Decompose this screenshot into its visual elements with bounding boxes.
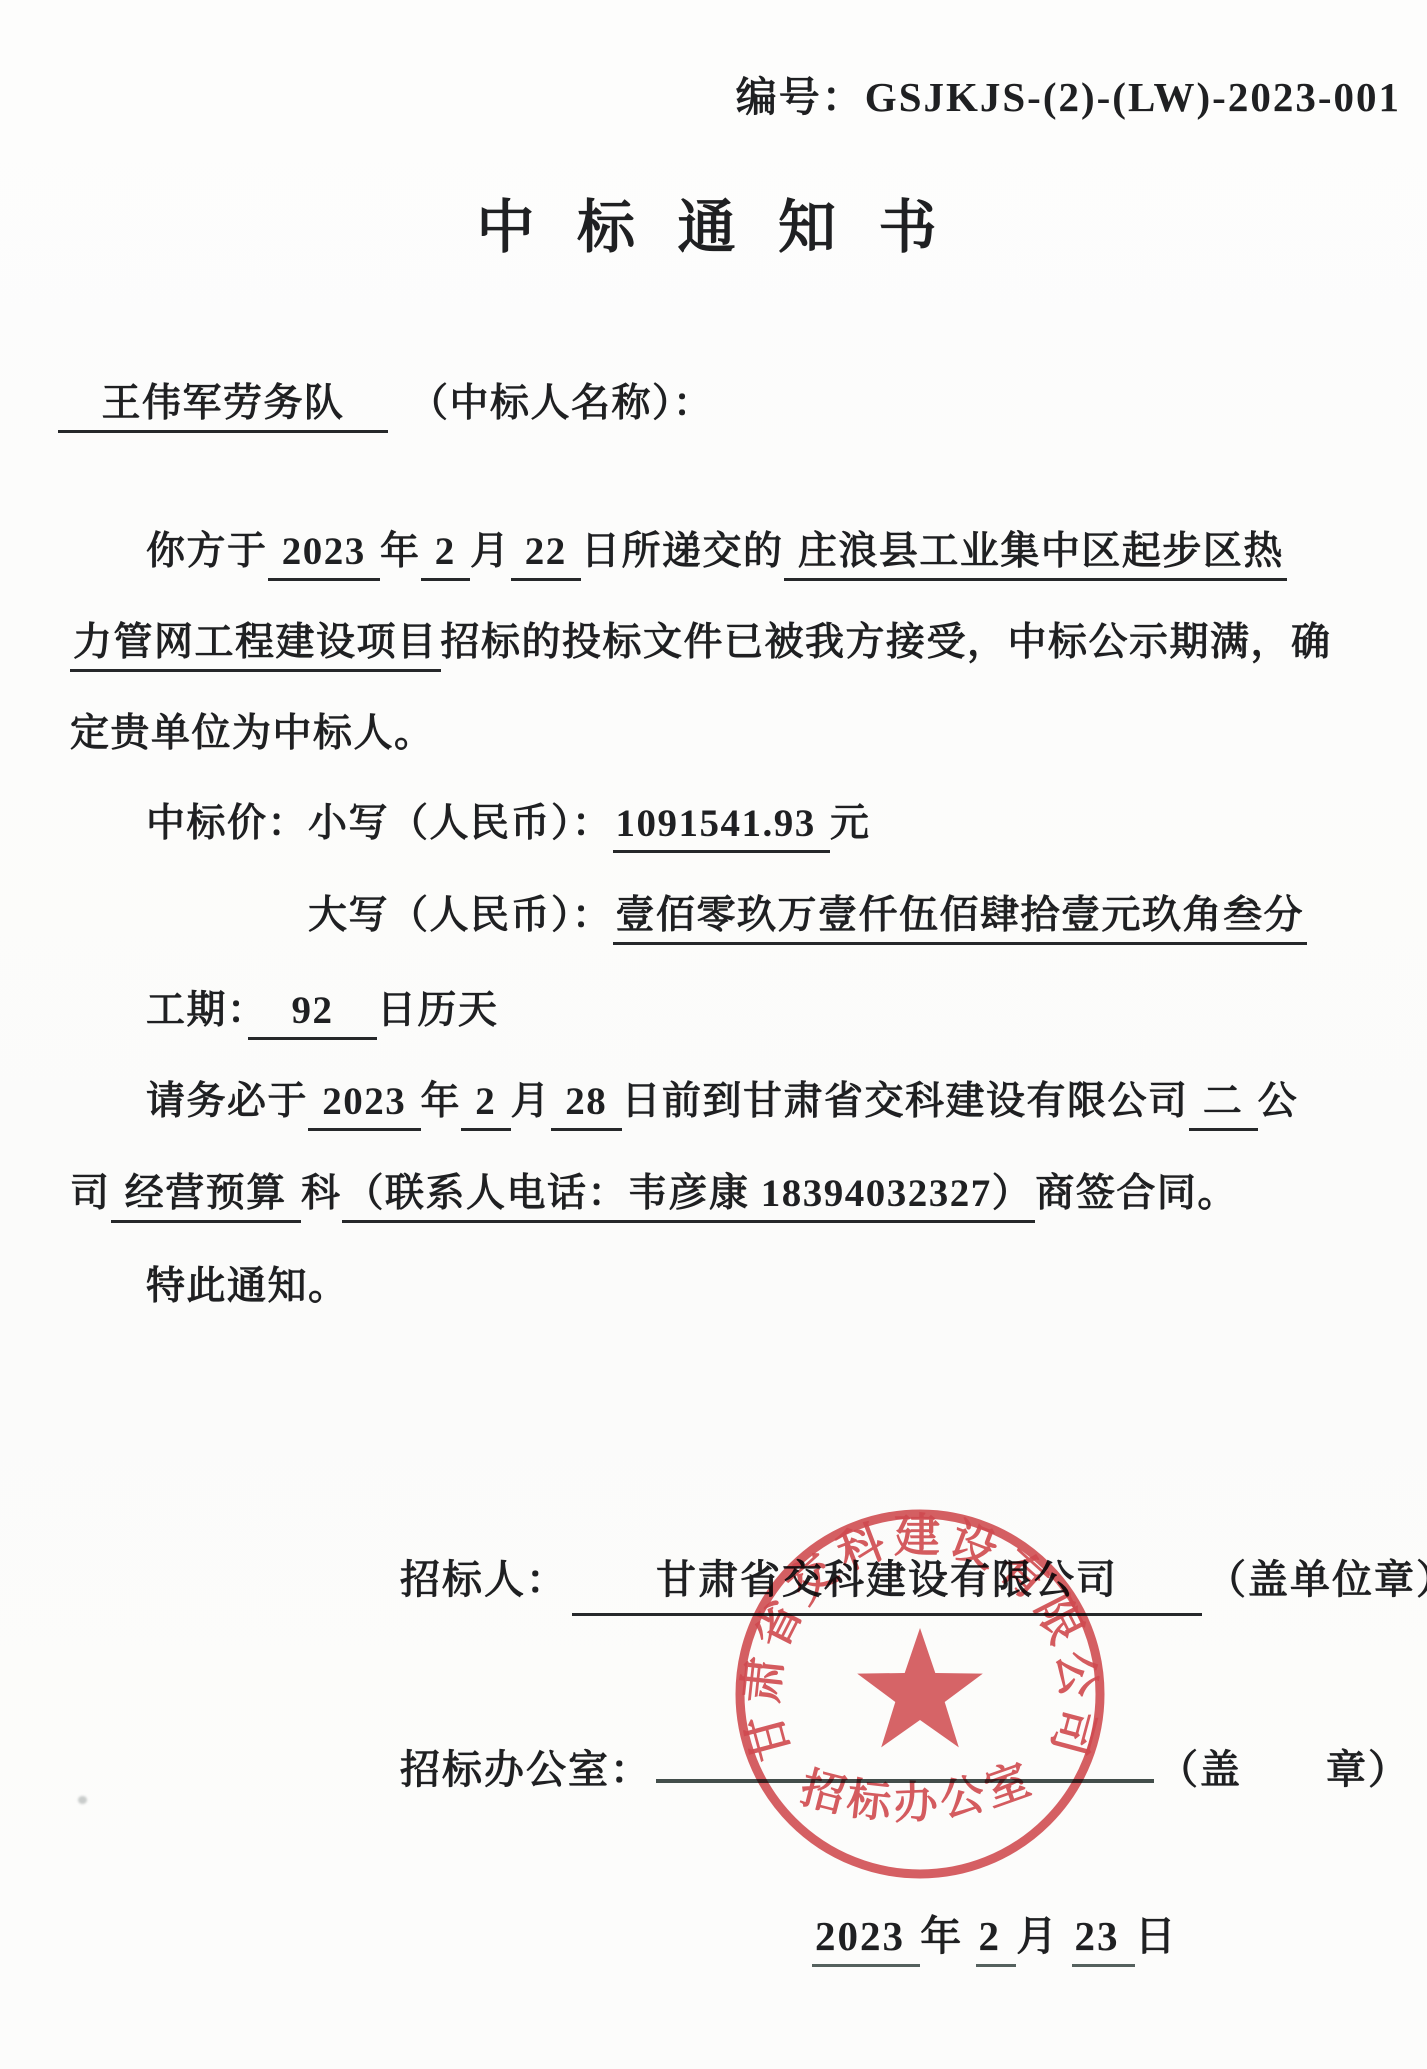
date-line: 2023 年 2 月 23 日 <box>812 1903 1178 1962</box>
closing-line: 特此通知。 <box>146 1259 349 1315</box>
ref-number-line: 编号：GSJKJS-(2)-(LW)-2023-001 <box>736 64 1401 123</box>
underlined-value: 2023 <box>812 1913 920 1967</box>
underlined-value: 23 <box>1072 1913 1135 1967</box>
text-run: 年 <box>920 1913 975 1959</box>
underlined-value: 王伟军劳务队 <box>58 382 388 433</box>
underlined-value: 壹佰零玖万壹仟伍佰肆拾壹元玖角叁分 <box>613 894 1308 945</box>
document-page: 编号：GSJKJS-(2)-(LW)-2023-001 中 标 通 知 书 王伟… <box>0 0 1427 2069</box>
text-run: 月 <box>511 1080 552 1123</box>
underlined-value: 力管网工程建设项目 <box>70 621 441 672</box>
bidder-seal-note: （盖单位章） <box>1206 1557 1427 1602</box>
text-run: 月 <box>1016 1913 1071 1959</box>
underlined-value: 经营预算 <box>111 1172 302 1223</box>
text-run: 元 <box>830 802 871 845</box>
text-run: 日前到甘肃省交科建设有限公司 <box>622 1080 1189 1123</box>
text-run: 年 <box>421 1080 462 1123</box>
text-run: 商签合同。 <box>1035 1172 1238 1215</box>
underlined-value: 二 <box>1189 1080 1258 1131</box>
text-run: 日所递交的 <box>581 530 784 573</box>
text-run: 中标价：小写（人民币）： <box>146 802 613 845</box>
bidder-label: 招标人： <box>400 1557 568 1602</box>
underlined-value: 1091541.93 <box>613 802 831 853</box>
text-run: 定贵单位为中标人。 <box>70 712 435 755</box>
text-run: 公 <box>1258 1080 1299 1123</box>
text-run: 招标的投标文件已被我方接受，中标公示期满，确 <box>441 621 1332 664</box>
page-title: 中 标 通 知 书 <box>0 180 1427 264</box>
text-run: 科 <box>301 1172 342 1215</box>
body-line-2: 力管网工程建设项目招标的投标文件已被我方接受，中标公示期满，确 <box>70 615 1332 671</box>
underlined-value: 2 <box>976 1913 1017 1967</box>
office-seal-note: （盖 章） <box>1158 1747 1410 1792</box>
underlined-value: （联系人电话：韦彦康 18394032327） <box>342 1172 1036 1223</box>
underlined-value: 庄浪县工业集中区起步区热 <box>784 530 1287 581</box>
scan-speck <box>78 1796 87 1804</box>
seal-bottom-text: 招标办公室 <box>796 1754 1041 1829</box>
text-run: 日历天 <box>377 989 499 1032</box>
award-price-capital-line: 大写（人民币）：壹佰零玖万壹仟伍佰肆拾壹元玖角叁分 <box>308 888 1307 944</box>
underlined-value: 28 <box>551 1080 622 1131</box>
text-run: 特此通知。 <box>146 1265 349 1308</box>
company-seal: 甘肃省交科建设有限公司 招标办公室 <box>726 1500 1114 1888</box>
text-run: 年 <box>380 530 421 573</box>
underlined-value: 22 <box>511 530 582 581</box>
body-line-3: 定贵单位为中标人。 <box>70 706 435 762</box>
text-run: 月 <box>470 530 511 573</box>
text-run: 大写（人民币）： <box>308 894 613 937</box>
underlined-value: 2023 <box>308 1080 421 1131</box>
award-price-small-line: 中标价：小写（人民币）：1091541.93 元 <box>146 796 871 852</box>
svg-text:招标办公室: 招标办公室 <box>796 1754 1041 1829</box>
office-label: 招标办公室： <box>400 1747 652 1792</box>
underlined-value: 2023 <box>268 530 381 581</box>
text-run: 工期： <box>146 989 248 1032</box>
winner-line: 王伟军劳务队 （中标人名称）： <box>58 376 714 432</box>
text-run: 司 <box>70 1172 111 1215</box>
text-run: 请务必于 <box>146 1080 308 1123</box>
text-run: 日 <box>1135 1913 1178 1959</box>
underlined-value: 2 <box>461 1080 511 1131</box>
underlined-value: 92 <box>248 989 377 1040</box>
text-run: 你方于 <box>146 530 268 573</box>
text-run: （中标人名称）： <box>388 382 714 425</box>
contract-line-1: 请务必于 2023 年 2 月 28 日前到甘肃省交科建设有限公司 二 公 <box>146 1074 1298 1130</box>
underlined-value: 2 <box>421 530 471 581</box>
body-line-1: 你方于 2023 年 2 月 22 日所递交的 庄浪县工业集中区起步区热 <box>146 524 1287 580</box>
seal-star-icon <box>857 1628 983 1747</box>
construction-period-line: 工期： 92 日历天 <box>146 983 499 1039</box>
contract-line-2: 司 经营预算 科（联系人电话：韦彦康 18394032327）商签合同。 <box>70 1166 1238 1222</box>
